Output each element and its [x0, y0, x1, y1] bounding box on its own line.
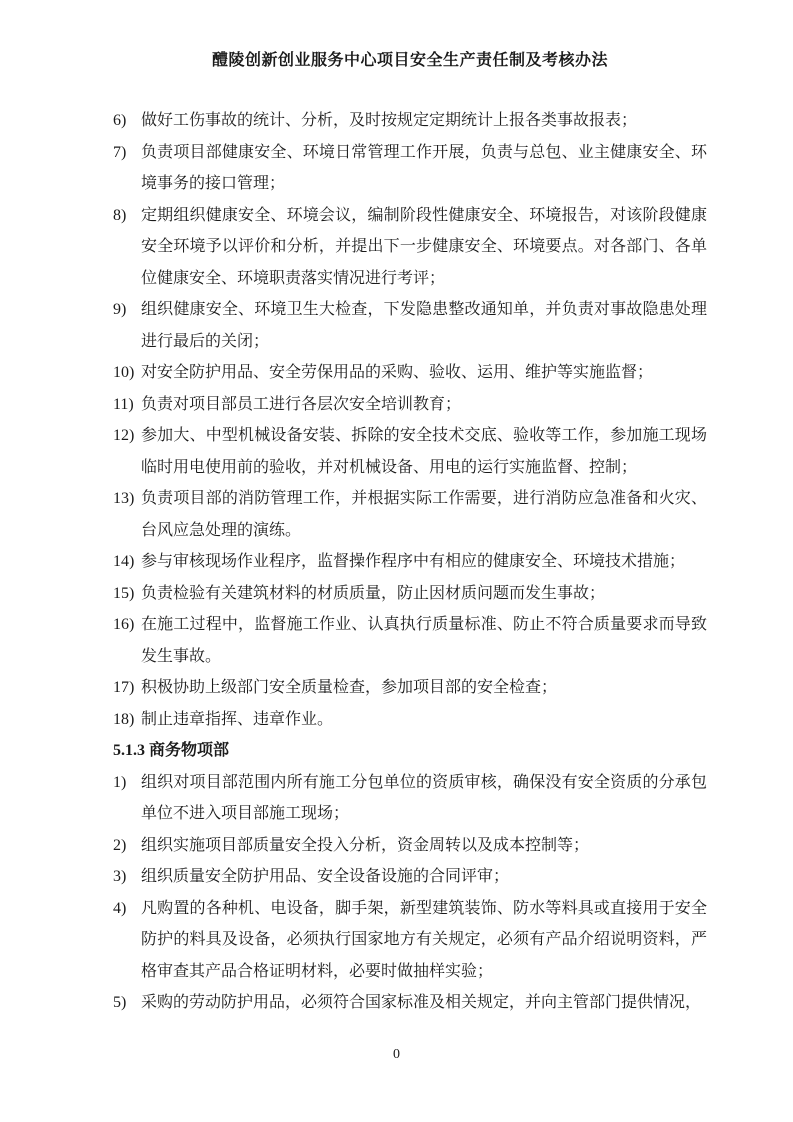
list-item: 10)对安全防护用品、安全劳保用品的采购、验收、运用、维护等实施监督； [113, 357, 707, 389]
list-item: 7)负责项目部健康安全、环境日常管理工作开展，负责与总包、业主健康安全、环境事务… [113, 137, 707, 200]
list-item-text: 负责检验有关建筑材料的材质质量，防止因材质问题而发生事故； [141, 585, 605, 602]
list-item-text: 负责项目部的消防管理工作，并根据实际工作需要，进行消防应急准备和火灾、台风应急处… [141, 490, 707, 539]
numbered-list-bottom: 1)组织对项目部范围内所有施工分包单位的资质审核，确保没有安全资质的分承包单位不… [113, 767, 707, 1019]
list-item-text: 定期组织健康安全、环境会议，编制阶段性健康安全、环境报告，对该阶段健康安全环境予… [141, 207, 707, 287]
list-item-number: 6) [113, 105, 141, 137]
list-item: 15)负责检验有关建筑材料的材质质量，防止因材质问题而发生事故； [113, 578, 707, 610]
section-heading: 5.1.3 商务物项部 [113, 735, 707, 767]
list-item-text: 做好工伤事故的统计、分析，及时按规定定期统计上报各类事故报表； [141, 112, 637, 129]
numbered-list-top: 6)做好工伤事故的统计、分析，及时按规定定期统计上报各类事故报表；7)负责项目部… [113, 105, 707, 735]
list-item: 1)组织对项目部范围内所有施工分包单位的资质审核，确保没有安全资质的分承包单位不… [113, 767, 707, 830]
list-item: 11)负责对项目部员工进行各层次安全培训教育； [113, 389, 707, 421]
list-item: 5)采购的劳动防护用品，必须符合国家标准及相关规定，并向主管部门提供情况， [113, 987, 707, 1019]
list-item: 18)制止违章指挥、违章作业。 [113, 704, 707, 736]
document-body: 6)做好工伤事故的统计、分析，及时按规定定期统计上报各类事故报表；7)负责项目部… [113, 105, 707, 1019]
list-item-text: 采购的劳动防护用品，必须符合国家标准及相关规定，并向主管部门提供情况， [141, 994, 701, 1011]
list-item-number: 14) [113, 546, 141, 578]
list-item-number: 3) [113, 861, 141, 893]
list-item: 4)凡购置的各种机、电设备，脚手架，新型建筑装饰、防水等料具或直接用于安全防护的… [113, 893, 707, 988]
list-item-number: 17) [113, 672, 141, 704]
list-item-text: 对安全防护用品、安全劳保用品的采购、验收、运用、维护等实施监督； [141, 364, 653, 381]
list-item-number: 8) [113, 200, 141, 232]
list-item-number: 5) [113, 987, 141, 1019]
list-item-text: 凡购置的各种机、电设备，脚手架，新型建筑装饰、防水等料具或直接用于安全防护的料具… [141, 900, 707, 980]
list-item: 8)定期组织健康安全、环境会议，编制阶段性健康安全、环境报告，对该阶段健康安全环… [113, 200, 707, 295]
list-item: 17)积极协助上级部门安全质量检查，参加项目部的安全检查； [113, 672, 707, 704]
list-item-number: 9) [113, 294, 141, 326]
list-item-number: 7) [113, 137, 141, 169]
list-item-text: 负责项目部健康安全、环境日常管理工作开展，负责与总包、业主健康安全、环境事务的接… [141, 144, 707, 193]
page-number: 0 [0, 1045, 793, 1065]
list-item-text: 组织对项目部范围内所有施工分包单位的资质审核，确保没有安全资质的分承包单位不进入… [141, 774, 707, 823]
list-item-text: 组织实施项目部质量安全投入分析，资金周转以及成本控制等； [141, 837, 589, 854]
list-item: 2)组织实施项目部质量安全投入分析，资金周转以及成本控制等； [113, 830, 707, 862]
list-item-text: 组织健康安全、环境卫生大检查，下发隐患整改通知单，并负责对事故隐患处理进行最后的… [141, 301, 707, 350]
list-item: 13)负责项目部的消防管理工作，并根据实际工作需要，进行消防应急准备和火灾、台风… [113, 483, 707, 546]
list-item: 9)组织健康安全、环境卫生大检查，下发隐患整改通知单，并负责对事故隐患处理进行最… [113, 294, 707, 357]
document-header-title: 醴陵创新创业服务中心项目安全生产责任制及考核办法 [113, 50, 707, 72]
list-item: 3)组织质量安全防护用品、安全设备设施的合同评审； [113, 861, 707, 893]
list-item-number: 16) [113, 609, 141, 641]
list-item-number: 12) [113, 420, 141, 452]
list-item-number: 15) [113, 578, 141, 610]
document-page: 醴陵创新创业服务中心项目安全生产责任制及考核办法 6)做好工伤事故的统计、分析，… [0, 0, 793, 1122]
list-item-text: 在施工过程中，监督施工作业、认真执行质量标准、防止不符合质量要求而导致发生事故。 [141, 616, 707, 665]
list-item-number: 1) [113, 767, 141, 799]
list-item: 14)参与审核现场作业程序，监督操作程序中有相应的健康安全、环境技术措施； [113, 546, 707, 578]
list-item-text: 积极协助上级部门安全质量检查，参加项目部的安全检查； [141, 679, 557, 696]
list-item-text: 参加大、中型机械设备安装、拆除的安全技术交底、验收等工作，参加施工现场临时用电使… [141, 427, 707, 476]
list-item-number: 18) [113, 704, 141, 736]
list-item-text: 参与审核现场作业程序，监督操作程序中有相应的健康安全、环境技术措施； [141, 553, 685, 570]
list-item-text: 组织质量安全防护用品、安全设备设施的合同评审； [141, 868, 509, 885]
list-item: 16)在施工过程中，监督施工作业、认真执行质量标准、防止不符合质量要求而导致发生… [113, 609, 707, 672]
list-item-number: 2) [113, 830, 141, 862]
list-item-text: 制止违章指挥、违章作业。 [141, 711, 333, 728]
list-item-number: 11) [113, 389, 141, 421]
list-item: 12)参加大、中型机械设备安装、拆除的安全技术交底、验收等工作，参加施工现场临时… [113, 420, 707, 483]
list-item: 6)做好工伤事故的统计、分析，及时按规定定期统计上报各类事故报表； [113, 105, 707, 137]
list-item-number: 10) [113, 357, 141, 389]
list-item-number: 13) [113, 483, 141, 515]
list-item-text: 负责对项目部员工进行各层次安全培训教育； [141, 396, 461, 413]
list-item-number: 4) [113, 893, 141, 925]
